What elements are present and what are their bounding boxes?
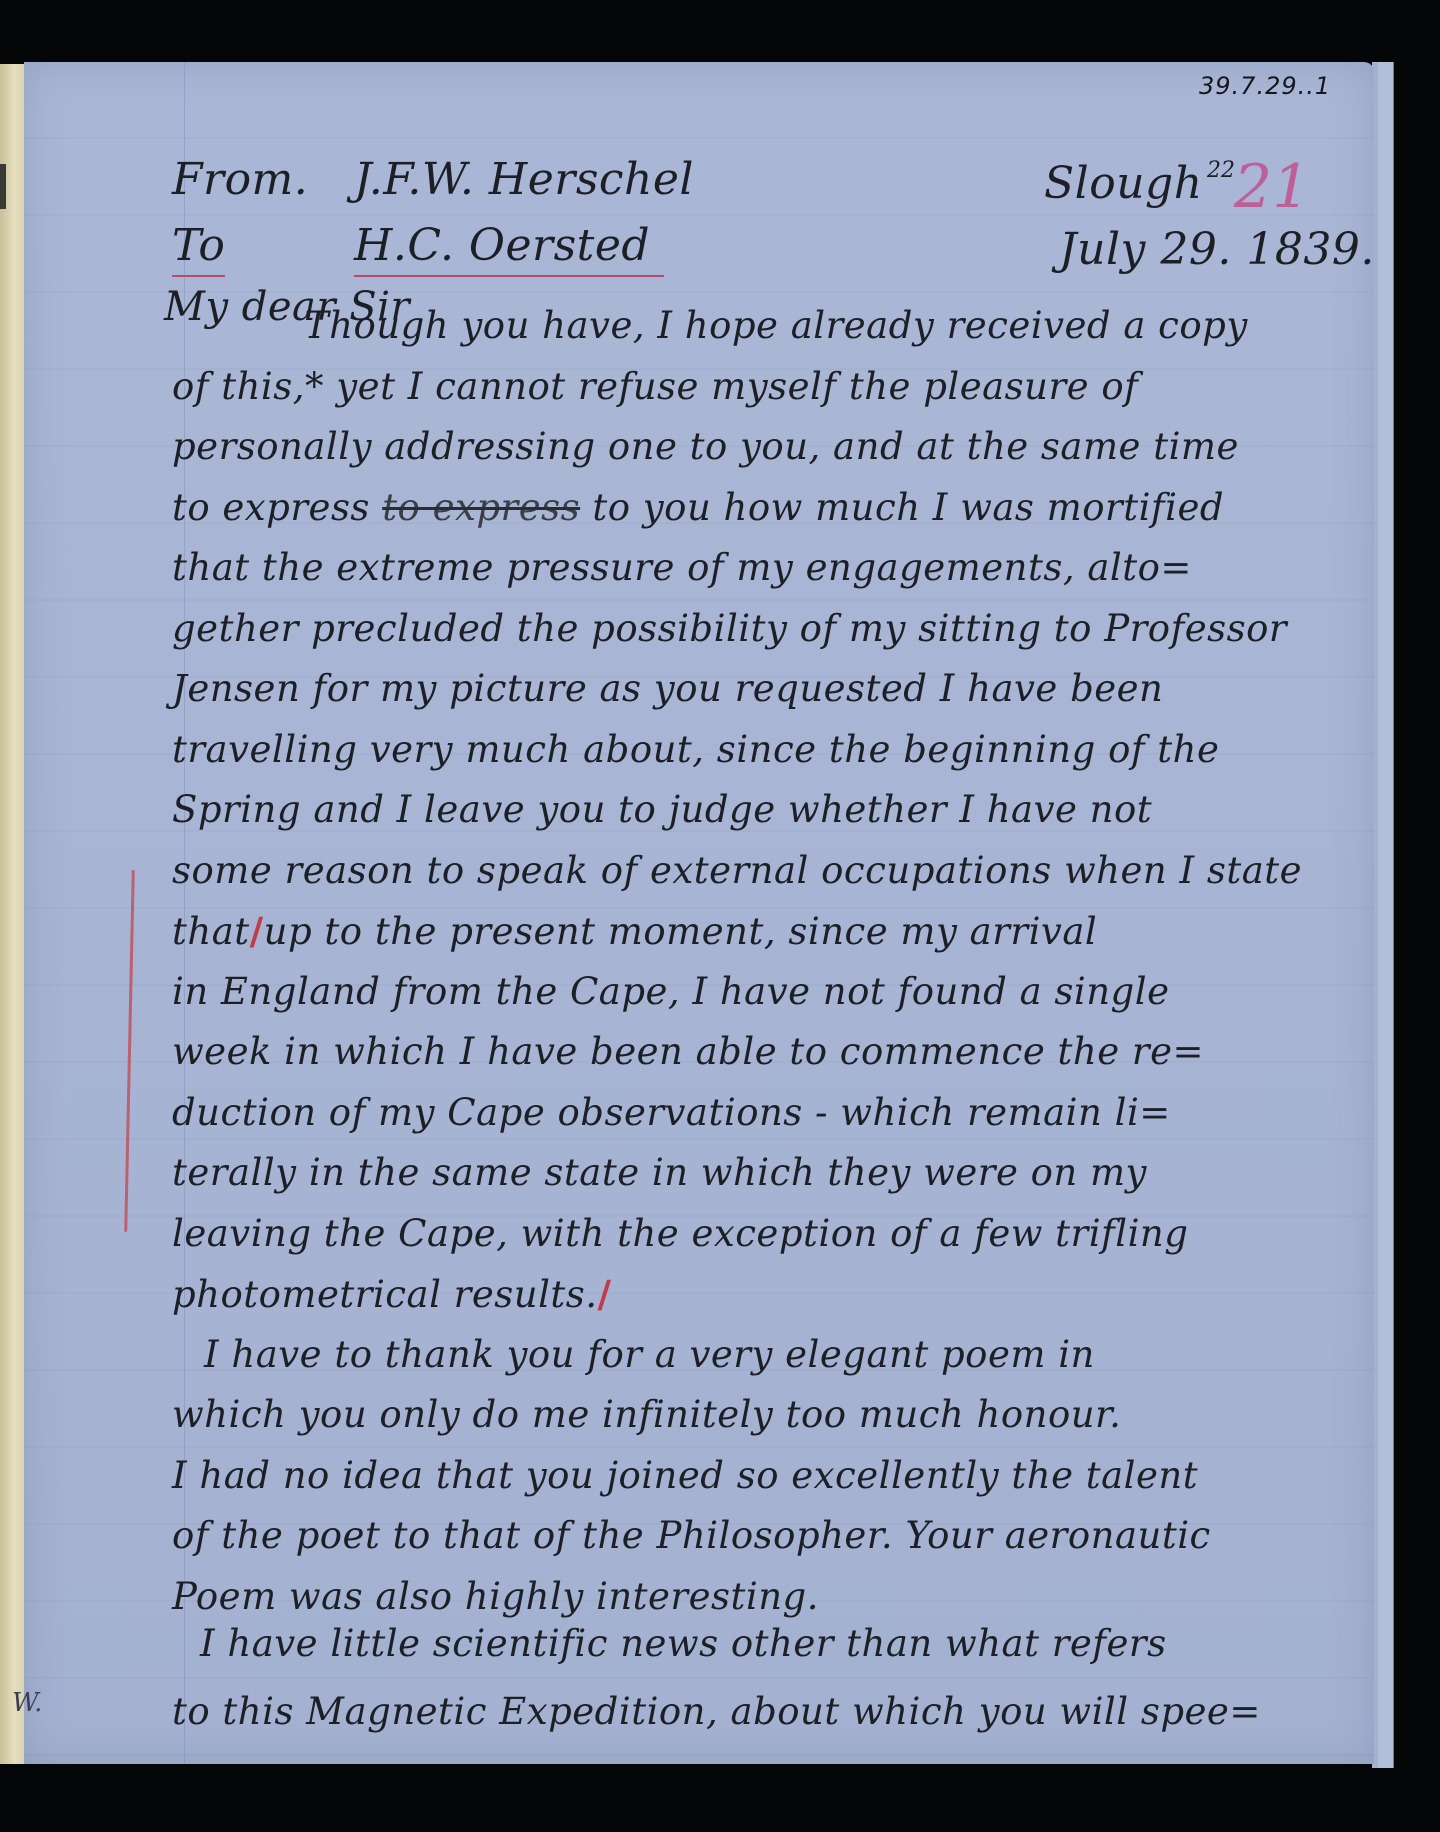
folio-number: 21: [1234, 152, 1310, 222]
letter-place: Slough: [1044, 158, 1203, 209]
line-text: photometrical results.: [172, 1273, 598, 1316]
letter-line-with-mark: photometrical results./: [172, 1272, 612, 1316]
binding-tab: [0, 164, 6, 209]
letter-line: terally in the same state in which they …: [172, 1151, 1147, 1194]
letter-line: of the poet to that of the Philosopher. …: [172, 1514, 1211, 1557]
letter-line: which you only do me infinitely too much…: [172, 1393, 1121, 1436]
archive-reference-number: 39.7.29..1: [1199, 72, 1331, 100]
line-text: that: [172, 910, 250, 953]
letter-line: leaving the Cape, with the exception of …: [172, 1212, 1188, 1255]
letter-line-with-deletion: to express to express to you how much I …: [172, 486, 1224, 529]
stacked-page-edge: [1378, 62, 1394, 1768]
letter-line: I had no idea that you joined so excelle…: [172, 1454, 1198, 1497]
letter-line: I have little scientific news other than…: [200, 1622, 1167, 1665]
letter-date: July 29. 1839.: [1059, 224, 1375, 275]
letter-line: that the extreme pressure of my engageme…: [172, 546, 1192, 589]
to-label: To: [172, 220, 225, 277]
letter-line: week in which I have been able to commen…: [172, 1030, 1204, 1073]
letter-line: I have to thank you for a very elegant p…: [204, 1333, 1095, 1376]
letter-line: Spring and I leave you to judge whether …: [172, 788, 1152, 831]
red-pencil-tick: /: [598, 1272, 612, 1316]
letter-line: Poem was also highly interesting.: [172, 1575, 819, 1618]
letter-line: to this Magnetic Expedition, about which…: [172, 1690, 1261, 1733]
letter-line: travelling very much about, since the be…: [172, 728, 1219, 771]
place-superscript: 22: [1207, 158, 1235, 183]
letter-page: 39.7.29..1 From. J.F.W. Herschel To H.C.…: [24, 62, 1374, 1764]
sender-name: J.F.W. Herschel: [354, 154, 694, 205]
struck-through-text: to express: [382, 486, 580, 529]
letter-line: Though you have, I hope already received…: [304, 304, 1248, 347]
line-text: to you how much I was mortified: [580, 486, 1224, 529]
recipient-name: H.C. Oersted: [354, 220, 664, 277]
letter-line: gether precluded the possibility of my s…: [172, 607, 1287, 650]
line-text: up to the present moment, since my arriv…: [264, 910, 1098, 953]
flyleaf-edge: [0, 64, 26, 1764]
red-pencil-tick: /: [250, 909, 264, 953]
letter-line-with-mark: that/up to the present moment, since my …: [172, 909, 1097, 953]
margin-initial: W.: [12, 1688, 42, 1718]
letter-line: in England from the Cape, I have not fou…: [172, 970, 1169, 1013]
letter-line: of this,* yet I cannot refuse myself the…: [172, 365, 1138, 408]
from-label: From.: [172, 154, 308, 205]
letter-line: personally addressing one to you, and at…: [172, 425, 1239, 468]
line-text: to express: [172, 486, 382, 529]
letter-line: Jensen for my picture as you requested I…: [172, 667, 1163, 710]
letter-line: some reason to speak of external occupat…: [172, 849, 1302, 892]
scan-stage: 39.7.29..1 From. J.F.W. Herschel To H.C.…: [0, 0, 1440, 1832]
letter-line: duction of my Cape observations - which …: [172, 1091, 1171, 1134]
